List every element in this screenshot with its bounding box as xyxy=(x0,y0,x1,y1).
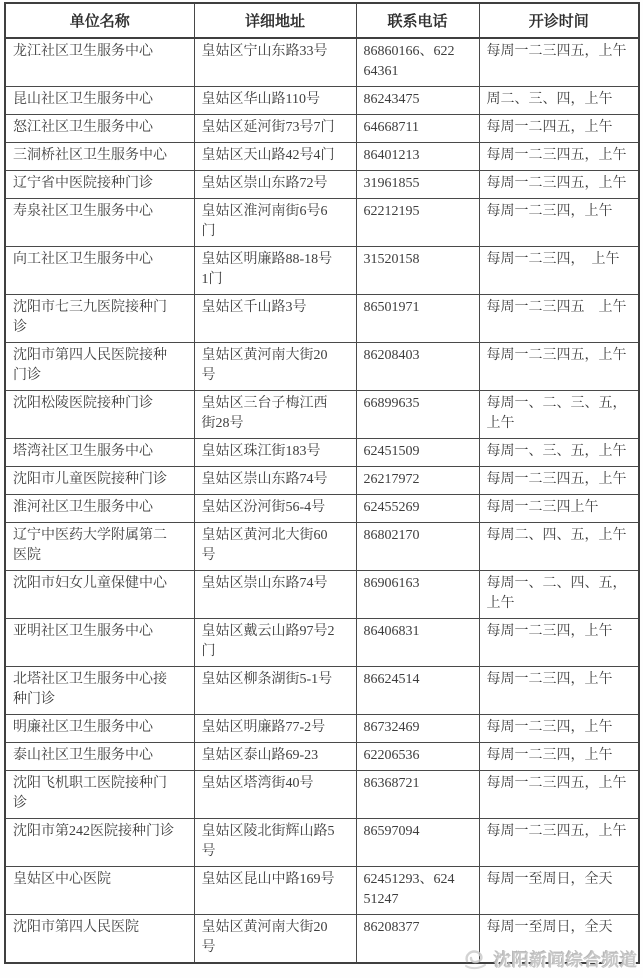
cell-name: 沈阳市妇女儿童保健中心 xyxy=(5,571,194,619)
cell-address: 皇姑区崇山东路72号 xyxy=(194,171,356,199)
cell-hours: 每周一二三四五，上午 xyxy=(479,38,639,87)
cell-address: 皇姑区汾河街56-4号 xyxy=(194,495,356,523)
cell-phone: 62206536 xyxy=(356,743,479,771)
cell-address: 皇姑区宁山东路33号 xyxy=(194,38,356,87)
cell-hours: 每周一至周日，全天 xyxy=(479,915,639,964)
cell-address: 皇姑区明廉路88-18号 1门 xyxy=(194,247,356,295)
cell-name: 向工社区卫生服务中心 xyxy=(5,247,194,295)
cell-address: 皇姑区华山路110号 xyxy=(194,87,356,115)
cell-address: 皇姑区黄河北大街60 号 xyxy=(194,523,356,571)
cell-hours: 每周一二三四，上午 xyxy=(479,743,639,771)
header-hours: 开诊时间 xyxy=(479,3,639,38)
table-row: 沈阳松陵医院接种门诊皇姑区三台子梅江西 街28号66899635每周一、二、三、… xyxy=(5,391,639,439)
cell-address: 皇姑区明廉路77-2号 xyxy=(194,715,356,743)
header-phone: 联系电话 xyxy=(356,3,479,38)
cell-address: 皇姑区昆山中路169号 xyxy=(194,867,356,915)
cell-hours: 每周一二三四，上午 xyxy=(479,715,639,743)
header-unit-name: 单位名称 xyxy=(5,3,194,38)
cell-hours: 每周一二三四五，上午 xyxy=(479,171,639,199)
cell-phone: 26217972 xyxy=(356,467,479,495)
cell-phone: 62212195 xyxy=(356,199,479,247)
cell-phone: 62451509 xyxy=(356,439,479,467)
cell-address: 皇姑区淮河南街6号6 门 xyxy=(194,199,356,247)
cell-name: 明廉社区卫生服务中心 xyxy=(5,715,194,743)
cell-hours: 每周一二三四五，上午 xyxy=(479,143,639,171)
cell-name: 辽宁中医药大学附属第二 医院 xyxy=(5,523,194,571)
cell-hours: 每周二、四、五，上午 xyxy=(479,523,639,571)
cell-address: 皇姑区延河街73号7门 xyxy=(194,115,356,143)
table-row: 向工社区卫生服务中心皇姑区明廉路88-18号 1门31520158每周一二三四，… xyxy=(5,247,639,295)
cell-address: 皇姑区天山路42号4门 xyxy=(194,143,356,171)
cell-phone: 86624514 xyxy=(356,667,479,715)
cell-name: 塔湾社区卫生服务中心 xyxy=(5,439,194,467)
table-body: 龙江社区卫生服务中心皇姑区宁山东路33号86860166、622 64361每周… xyxy=(5,38,639,963)
cell-hours: 每周一至周日，全天 xyxy=(479,867,639,915)
cell-name: 沈阳市第242医院接种门诊 xyxy=(5,819,194,867)
cell-name: 沈阳市第四人民医院接种 门诊 xyxy=(5,343,194,391)
cell-address: 皇姑区崇山东路74号 xyxy=(194,571,356,619)
cell-name: 淮河社区卫生服务中心 xyxy=(5,495,194,523)
cell-phone: 86368721 xyxy=(356,771,479,819)
cell-hours: 每周一、三、五，上午 xyxy=(479,439,639,467)
cell-name: 沈阳市儿童医院接种门诊 xyxy=(5,467,194,495)
cell-address: 皇姑区泰山路69-23 xyxy=(194,743,356,771)
cell-name: 昆山社区卫生服务中心 xyxy=(5,87,194,115)
table-row: 沈阳市儿童医院接种门诊皇姑区崇山东路74号26217972每周一二三四五，上午 xyxy=(5,467,639,495)
cell-hours: 每周一、二、三、五， 上午 xyxy=(479,391,639,439)
cell-phone: 64668711 xyxy=(356,115,479,143)
cell-phone: 62455269 xyxy=(356,495,479,523)
cell-address: 皇姑区柳条湖街5-1号 xyxy=(194,667,356,715)
cell-address: 皇姑区珠江街183号 xyxy=(194,439,356,467)
header-row: 单位名称 详细地址 联系电话 开诊时间 xyxy=(5,3,639,38)
cell-phone: 86406831 xyxy=(356,619,479,667)
cell-hours: 每周一二三四五，上午 xyxy=(479,343,639,391)
cell-address: 皇姑区三台子梅江西 街28号 xyxy=(194,391,356,439)
cell-phone: 86906163 xyxy=(356,571,479,619)
table-row: 沈阳飞机职工医院接种门 诊皇姑区塔湾街40号86368721每周一二三四五，上午 xyxy=(5,771,639,819)
cell-address: 皇姑区塔湾街40号 xyxy=(194,771,356,819)
table-row: 泰山社区卫生服务中心皇姑区泰山路69-2362206536每周一二三四，上午 xyxy=(5,743,639,771)
cell-phone: 86597094 xyxy=(356,819,479,867)
cell-phone: 86208377 xyxy=(356,915,479,964)
cell-name: 沈阳市七三九医院接种门 诊 xyxy=(5,295,194,343)
cell-name: 皇姑区中心医院 xyxy=(5,867,194,915)
cell-phone: 86802170 xyxy=(356,523,479,571)
cell-hours: 每周一二三四五，上午 xyxy=(479,467,639,495)
cell-name: 寿泉社区卫生服务中心 xyxy=(5,199,194,247)
table-row: 怒江社区卫生服务中心皇姑区延河街73号7门64668711每周一二四五，上午 xyxy=(5,115,639,143)
table-row: 昆山社区卫生服务中心皇姑区华山路110号86243475周二、三、四，上午 xyxy=(5,87,639,115)
cell-name: 怒江社区卫生服务中心 xyxy=(5,115,194,143)
table-row: 辽宁中医药大学附属第二 医院皇姑区黄河北大街60 号86802170每周二、四、… xyxy=(5,523,639,571)
cell-name: 沈阳飞机职工医院接种门 诊 xyxy=(5,771,194,819)
cell-name: 龙江社区卫生服务中心 xyxy=(5,38,194,87)
cell-address: 皇姑区陵北街辉山路5 号 xyxy=(194,819,356,867)
table-row: 北塔社区卫生服务中心接 种门诊皇姑区柳条湖街5-1号86624514每周一二三四… xyxy=(5,667,639,715)
cell-hours: 每周一二三四上午 xyxy=(479,495,639,523)
header-address: 详细地址 xyxy=(194,3,356,38)
cell-name: 沈阳松陵医院接种门诊 xyxy=(5,391,194,439)
table-row: 沈阳市第四人民医院接种 门诊皇姑区黄河南大街20 号86208403每周一二三四… xyxy=(5,343,639,391)
cell-hours: 每周一二三四，上午 xyxy=(479,667,639,715)
table-row: 辽宁省中医院接种门诊皇姑区崇山东路72号31961855每周一二三四五，上午 xyxy=(5,171,639,199)
cell-address: 皇姑区崇山东路74号 xyxy=(194,467,356,495)
cell-hours: 每周一二三四，上午 xyxy=(479,619,639,667)
cell-hours: 周二、三、四，上午 xyxy=(479,87,639,115)
table-row: 沈阳市七三九医院接种门 诊皇姑区千山路3号86501971每周一二三四五 上午 xyxy=(5,295,639,343)
cell-address: 皇姑区黄河南大街20 号 xyxy=(194,915,356,964)
cell-phone: 62451293、624 51247 xyxy=(356,867,479,915)
table-row: 三洞桥社区卫生服务中心皇姑区天山路42号4门86401213每周一二三四五，上午 xyxy=(5,143,639,171)
cell-address: 皇姑区千山路3号 xyxy=(194,295,356,343)
cell-name: 辽宁省中医院接种门诊 xyxy=(5,171,194,199)
cell-phone: 86208403 xyxy=(356,343,479,391)
cell-hours: 每周一二三四五，上午 xyxy=(479,771,639,819)
cell-phone: 86860166、622 64361 xyxy=(356,38,479,87)
cell-phone: 86501971 xyxy=(356,295,479,343)
table-header: 单位名称 详细地址 联系电话 开诊时间 xyxy=(5,3,639,38)
cell-phone: 31961855 xyxy=(356,171,479,199)
table-row: 沈阳市妇女儿童保健中心皇姑区崇山东路74号86906163每周一、二、四、五， … xyxy=(5,571,639,619)
cell-address: 皇姑区黄河南大街20 号 xyxy=(194,343,356,391)
cell-hours: 每周一二三四，上午 xyxy=(479,199,639,247)
cell-phone: 31520158 xyxy=(356,247,479,295)
cell-hours: 每周一二三四， 上午 xyxy=(479,247,639,295)
cell-address: 皇姑区戴云山路97号2 门 xyxy=(194,619,356,667)
clinic-table: 单位名称 详细地址 联系电话 开诊时间 龙江社区卫生服务中心皇姑区宁山东路33号… xyxy=(4,2,640,964)
cell-phone: 86243475 xyxy=(356,87,479,115)
cell-hours: 每周一二三四五，上午 xyxy=(479,819,639,867)
table-row: 塔湾社区卫生服务中心皇姑区珠江街183号62451509每周一、三、五，上午 xyxy=(5,439,639,467)
table-row: 寿泉社区卫生服务中心皇姑区淮河南街6号6 门62212195每周一二三四，上午 xyxy=(5,199,639,247)
cell-name: 沈阳市第四人民医院 xyxy=(5,915,194,964)
cell-hours: 每周一二四五，上午 xyxy=(479,115,639,143)
cell-phone: 66899635 xyxy=(356,391,479,439)
cell-name: 亚明社区卫生服务中心 xyxy=(5,619,194,667)
table-row: 龙江社区卫生服务中心皇姑区宁山东路33号86860166、622 64361每周… xyxy=(5,38,639,87)
cell-hours: 每周一二三四五 上午 xyxy=(479,295,639,343)
cell-hours: 每周一、二、四、五， 上午 xyxy=(479,571,639,619)
cell-name: 泰山社区卫生服务中心 xyxy=(5,743,194,771)
table-row: 明廉社区卫生服务中心皇姑区明廉路77-2号86732469每周一二三四，上午 xyxy=(5,715,639,743)
cell-phone: 86732469 xyxy=(356,715,479,743)
table-row: 淮河社区卫生服务中心皇姑区汾河街56-4号62455269每周一二三四上午 xyxy=(5,495,639,523)
table-row: 沈阳市第四人民医院皇姑区黄河南大街20 号86208377每周一至周日，全天 xyxy=(5,915,639,964)
table-row: 皇姑区中心医院皇姑区昆山中路169号62451293、624 51247每周一至… xyxy=(5,867,639,915)
vaccination-clinics-page: 单位名称 详细地址 联系电话 开诊时间 龙江社区卫生服务中心皇姑区宁山东路33号… xyxy=(0,0,643,978)
cell-phone: 86401213 xyxy=(356,143,479,171)
table-row: 亚明社区卫生服务中心皇姑区戴云山路97号2 门86406831每周一二三四，上午 xyxy=(5,619,639,667)
table-row: 沈阳市第242医院接种门诊皇姑区陵北街辉山路5 号86597094每周一二三四五… xyxy=(5,819,639,867)
cell-name: 北塔社区卫生服务中心接 种门诊 xyxy=(5,667,194,715)
cell-name: 三洞桥社区卫生服务中心 xyxy=(5,143,194,171)
